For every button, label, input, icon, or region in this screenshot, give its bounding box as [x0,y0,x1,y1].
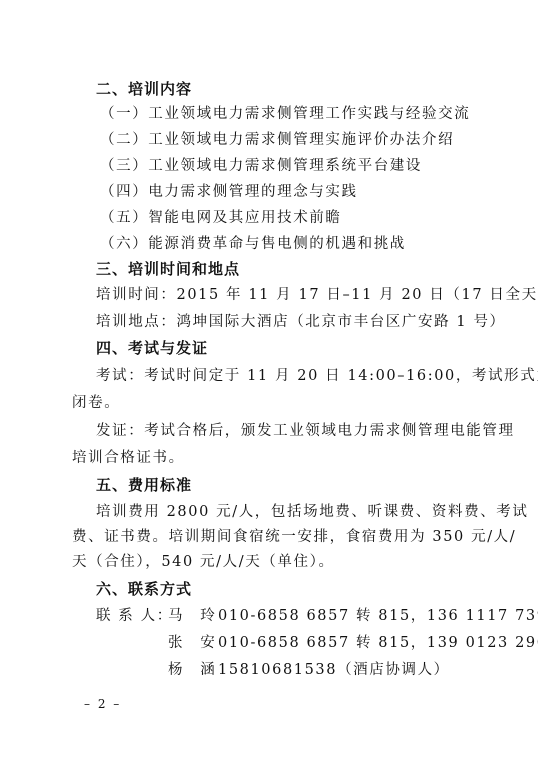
contact-info: 010-6858 6857 转 815，139 0123 2908 [218,631,538,656]
heading-fees: 五、费用标准 [96,473,494,498]
content-item-3: （三）工业领域电力需求侧管理系统平台建设 [100,154,498,179]
content-item-1: （一）工业领域电力需求侧管理工作实践与经验交流 [100,102,498,127]
content-item-4: （四）电力需求侧管理的理念与实践 [100,180,498,205]
content-item-2: （二）工业领域电力需求侧管理实施评价办法介绍 [100,128,498,153]
heading-time-place: 三、培训时间和地点 [96,257,494,282]
training-place: 培训地点：鸿坤国际大酒店（北京市丰台区广安路 1 号） [96,310,494,335]
exam-line-2: 闭卷。 [72,391,470,416]
contact-name: 杨 涵 [168,658,216,683]
content-item-5: （五）智能电网及其应用技术前瞻 [100,206,498,231]
contact-person-3: 杨 涵 15810681538（酒店协调人） [0,658,538,683]
heading-training-content: 二、培训内容 [96,77,494,102]
contact-person-1: 马 玲 010-6858 6857 转 815，136 1117 7392 [0,604,538,629]
training-time: 培训时间：2015 年 11 月 17 日–11 月 20 日（17 日全天报到… [96,283,494,308]
contact-person-2: 张 安 010-6858 6857 转 815，139 0123 2908 [0,631,538,656]
contact-name: 马 玲 [168,604,216,629]
page-number: – 2 – [84,697,121,711]
contact-info: 15810681538（酒店协调人） [218,658,450,683]
cert-line-2: 培训合格证书。 [72,446,470,471]
document-page: 二、培训内容 （一）工业领域电力需求侧管理工作实践与经验交流 （二）工业领域电力… [0,0,538,757]
contact-info: 010-6858 6857 转 815，136 1117 7392 [218,604,538,629]
content-item-6: （六）能源消费革命与售电侧的机遇和挑战 [100,232,498,257]
fees-line-1: 培训费用 2800 元/人，包括场地费、听课费、资料费、考试 [96,500,494,525]
heading-exam: 四、考试与发证 [96,336,494,361]
fees-line-2: 费、证书费。培训期间食宿统一安排，食宿费用为 350 元/人/ [72,525,470,550]
heading-contact: 六、联系方式 [96,577,494,602]
exam-line-1: 考试：考试时间定于 11 月 20 日 14:00–16:00，考试形式为 [96,364,494,389]
cert-line-1: 发证：考试合格后，颁发工业领域电力需求侧管理电能管理 [96,419,494,444]
contact-name: 张 安 [168,631,216,656]
fees-line-3: 天（合住），540 元/人/天（单住）。 [72,550,470,575]
